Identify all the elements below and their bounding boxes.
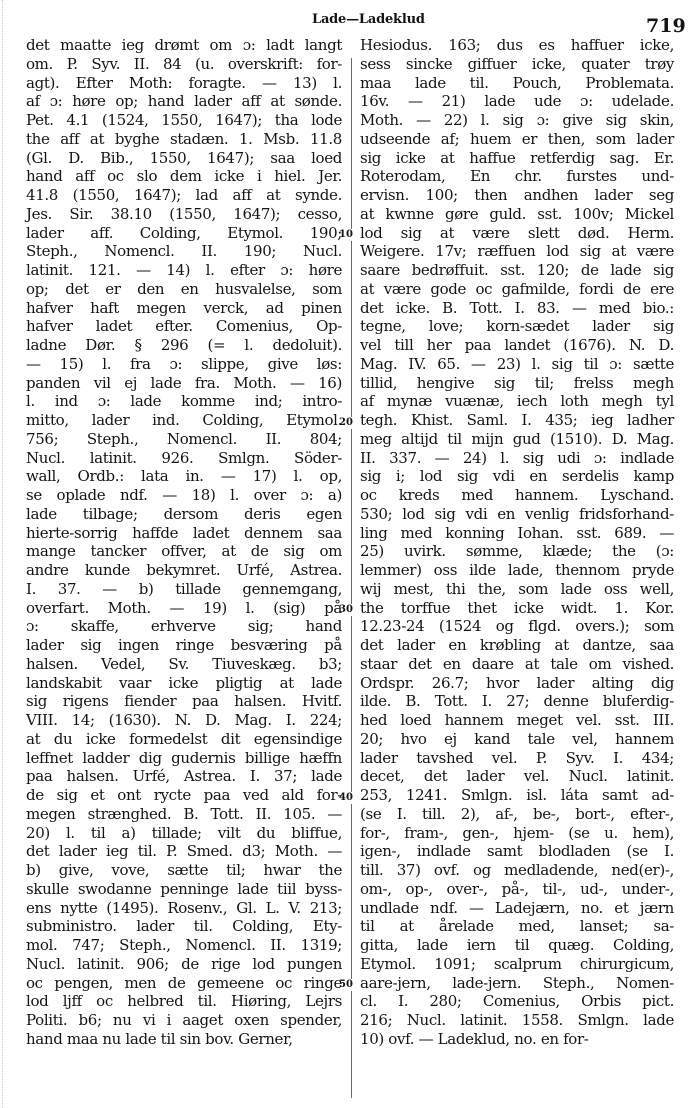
text-line: II. 337. — 24) l. sig udi ɔ: indlade [360, 449, 674, 468]
text-line: panden vil ej lade fra. Moth. — 16) [26, 374, 342, 393]
text-line: — 15) l. fra ɔ: slippe, give løs: [26, 355, 342, 374]
text-line: hierte-sorrig haffde ladet dennem saa [26, 524, 342, 543]
scan-edge [2, 0, 4, 1108]
right-column: Hesiodus. 163; dus es haffuer icke,sess … [360, 36, 674, 1049]
text-line: (se I. till. 2), af-, be-, bort-, efter-… [360, 805, 674, 824]
text-line: 253, 1241. Smlgn. isl. láta samt ad- [360, 786, 674, 805]
text-line: hed loed hannem meget vel. sst. III. [360, 711, 674, 730]
text-line: ilde. B. Tott. I. 27; denne bluferdig- [360, 692, 674, 711]
text-line: hafver haft megen verck, ad pinen [26, 299, 342, 318]
text-line: udseende af; huem er then, som lader [360, 130, 674, 149]
text-line: maa lade til. Pouch, Problemata. [360, 74, 674, 93]
text-line: andre kunde bekymret. Urfé, Astrea. [26, 561, 342, 580]
text-line: mol. 747; Steph., Nomencl. II. 1319; [26, 936, 342, 955]
text-line: Pet. 4.1 (1524, 1550, 1647); tha lode [26, 111, 342, 130]
text-line: VIII. 14; (1630). N. D. Mag. I. 224; [26, 711, 342, 730]
text-line: Politi. b6; nu vi i aaget oxen spender, [26, 1011, 342, 1030]
text-line: 530; lod sig vdi en venlig fridsforhand- [360, 505, 674, 524]
text-line: ɔ: skaffe, erhverve sig; hand [26, 617, 342, 636]
text-line: lader tavshed vel. P. Syv. I. 434; [360, 749, 674, 768]
text-line: vel till her paa landet (1676). N. D. [360, 336, 674, 355]
text-line: meg altijd til mijn gud (1510). D. Mag. [360, 430, 674, 449]
text-line: the aff at byghe stadæn. 1. Msb. 11.8 [26, 130, 342, 149]
text-line: for-, fram-, gen-, hjem- (se u. hem), [360, 824, 674, 843]
text-line: om-, op-, over-, på-, til-, ud-, under-, [360, 880, 674, 899]
text-line: igen-, indlade samt blodladen (se I. [360, 842, 674, 861]
text-line: 12.23-24 (1524 og flgd. overs.); som [360, 617, 674, 636]
text-line: wij mest, thi the, som lade oss well, [360, 580, 674, 599]
text-line: se oplade ndf. — 18) l. over ɔ: a) [26, 486, 342, 505]
text-line: sig rigens fiender paa halsen. Hvitf. [26, 692, 342, 711]
text-line: hand aff oc slo dem icke i hiel. Jer. [26, 167, 342, 186]
text-line: at du icke formedelst dit egensindige [26, 730, 342, 749]
text-line: subministro. lader til. Colding, Ety- [26, 917, 342, 936]
text-line: sess sincke giffuer icke, quater trøy [360, 55, 674, 74]
text-line: om. P. Syv. II. 84 (u. overskrift: for- [26, 55, 342, 74]
text-line: tegh. Khist. Saml. I. 435; ieg ladher [360, 411, 674, 430]
text-line: till. 37) ovf. og medladende, ned(er)-, [360, 861, 674, 880]
text-line: af mynæ vuænæ, iech loth megh tyl [360, 392, 674, 411]
text-line: sig i; lod sig vdi en serdelis kamp [360, 467, 674, 486]
text-line: de sig et ont rycte paa ved ald for- [26, 786, 342, 805]
text-line: the torffue thet icke widt. 1. Kor. [360, 599, 674, 618]
text-line: til at årelade med, lanset; sa- [360, 917, 674, 936]
text-line: 216; Nucl. latinit. 1558. Smlgn. lade [360, 1011, 674, 1030]
text-line: Hesiodus. 163; dus es haffuer icke, [360, 36, 674, 55]
text-line: lod ljff oc helbred til. Hiøring, Lejrs [26, 992, 342, 1011]
text-line: 20) l. til a) tillade; vilt du bliffue, [26, 824, 342, 843]
text-line: det icke. B. Tott. I. 83. — med bio.: [360, 299, 674, 318]
text-line: Roterodam, En chr. furstes und- [360, 167, 674, 186]
text-line: at kwnne gøre guld. sst. 100v; Mickel [360, 205, 674, 224]
text-line: det lader en krøbling at dantze, saa [360, 636, 674, 655]
column-rule [351, 58, 352, 1098]
text-line: oc pengen, men de gemeene oc ringe [26, 974, 342, 993]
text-line: leffnet ladder dig gudernis billige hæff… [26, 749, 342, 768]
text-line: det maatte ieg drømt om ɔ: ladt langt [26, 36, 342, 55]
text-line: tillid, hengive sig til; frelss megh [360, 374, 674, 393]
text-line: (Gl. D. Bib., 1550, 1647); saa loed [26, 149, 342, 168]
text-line: af ɔ: høre op; hand lader aff at sønde. [26, 92, 342, 111]
text-line: gitta, lade iern til quæg. Colding, [360, 936, 674, 955]
text-line: 756; Steph., Nomencl. II. 804; [26, 430, 342, 449]
text-line: op; det er den en husvalelse, som [26, 280, 342, 299]
text-line: lemmer) oss ilde lade, thennom pryde [360, 561, 674, 580]
text-line: hand maa nu lade til sin bov. Gerner, [26, 1030, 342, 1049]
text-line: 20; hvo ej kand tale vel, hannem [360, 730, 674, 749]
text-line: staar det en daare at tale om vished. [360, 655, 674, 674]
running-head: Lade—Ladeklud [312, 12, 425, 27]
text-line: ens nytte (1495). Rosenv., Gl. L. V. 213… [26, 899, 342, 918]
text-line: Steph., Nomencl. II. 190; Nucl. [26, 242, 342, 261]
text-line: lod sig at være slett død. Herm. [360, 224, 674, 243]
text-line: Jes. Sir. 38.10 (1550, 1647); cesso, [26, 205, 342, 224]
text-line: lade tilbage; dersom deris egen [26, 505, 342, 524]
text-line: wall, Ordb.: lata in. — 17) l. op, [26, 467, 342, 486]
text-line: mange tancker offver, at de sig om [26, 542, 342, 561]
text-line: saare bedrøffuit. sst. 120; de lade sig [360, 261, 674, 280]
text-line: Moth. — 22) l. sig ɔ: give sig skin, [360, 111, 674, 130]
text-line: cl. I. 280; Comenius, Orbis pict. [360, 992, 674, 1011]
text-line: 25) uvirk. sømme, klæde; the (ɔ: [360, 542, 674, 561]
text-line: aare-jern, lade-jern. Steph., Nomen- [360, 974, 674, 993]
text-line: ling med konning Iohan. sst. 689. — [360, 524, 674, 543]
text-line: 41.8 (1550, 1647); lad aff at synde. [26, 186, 342, 205]
text-line: megen strænghed. B. Tott. II. 105. — [26, 805, 342, 824]
text-line: overfart. Moth. — 19) l. (sig) på [26, 599, 342, 618]
text-line: at være gode oc gafmilde, fordi de ere [360, 280, 674, 299]
text-line: lader sig ingen ringe besværing på [26, 636, 342, 655]
text-line: oc kreds med hannem. Lyschand. [360, 486, 674, 505]
text-line: paa halsen. Urfé, Astrea. I. 37; lade [26, 767, 342, 786]
page-number: 719 [646, 15, 686, 37]
text-line: sig icke at haffue retferdig sag. Er. [360, 149, 674, 168]
text-line: ervisn. 100; then andhen lader seg [360, 186, 674, 205]
text-line: 16v. — 21) lade ude ɔ: udelade. [360, 92, 674, 111]
text-line: tegne, love; korn-sædet lader sig [360, 317, 674, 336]
text-line: undlade ndf. — Ladejærn, no. et jærn [360, 899, 674, 918]
text-line: Weigere. 17v; ræffuen lod sig at være [360, 242, 674, 261]
left-column: det maatte ieg drømt om ɔ: ladt langtom.… [26, 36, 342, 1049]
text-line: l. ind ɔ: lade komme ind; intro- [26, 392, 342, 411]
text-line: skulle swodanne penninge lade tiil byss- [26, 880, 342, 899]
text-line: agt). Efter Moth: foragte. — 13) l. [26, 74, 342, 93]
text-line: Nucl. latinit. 906; de rige lod pungen [26, 955, 342, 974]
text-line: mitto, lader ind. Colding, Etymol. [26, 411, 342, 430]
text-line: Ordspr. 26.7; hvor lader alting dig [360, 674, 674, 693]
text-line: I. 37. — b) tillade gennemgang, [26, 580, 342, 599]
text-line: landskabit vaar icke pligtig at lade [26, 674, 342, 693]
text-line: halsen. Vedel, Sv. Tiuveskæg. b3; [26, 655, 342, 674]
text-line: ladne Dør. § 296 (= l. dedoluit). [26, 336, 342, 355]
text-line: det lader ieg til. P. Smed. d3; Moth. — [26, 842, 342, 861]
text-line: lader aff. Colding, Etymol. 190; [26, 224, 342, 243]
text-line: Nucl. latinit. 926. Smlgn. Söder- [26, 449, 342, 468]
text-line: Mag. IV. 65. — 23) l. sig til ɔ: sætte [360, 355, 674, 374]
text-line: hafver ladet efter. Comenius, Op- [26, 317, 342, 336]
text-line: latinit. 121. — 14) l. efter ɔ: høre [26, 261, 342, 280]
text-line: decet, det lader vel. Nucl. latinit. [360, 767, 674, 786]
page-header: Lade—Ladeklud 719 [0, 0, 688, 40]
text-line: b) give, vove, sætte til; hwar the [26, 861, 342, 880]
text-line: 10) ovf. — Ladeklud, no. en for- [360, 1030, 674, 1049]
text-line: Etymol. 1091; scalprum chirurgicum, [360, 955, 674, 974]
